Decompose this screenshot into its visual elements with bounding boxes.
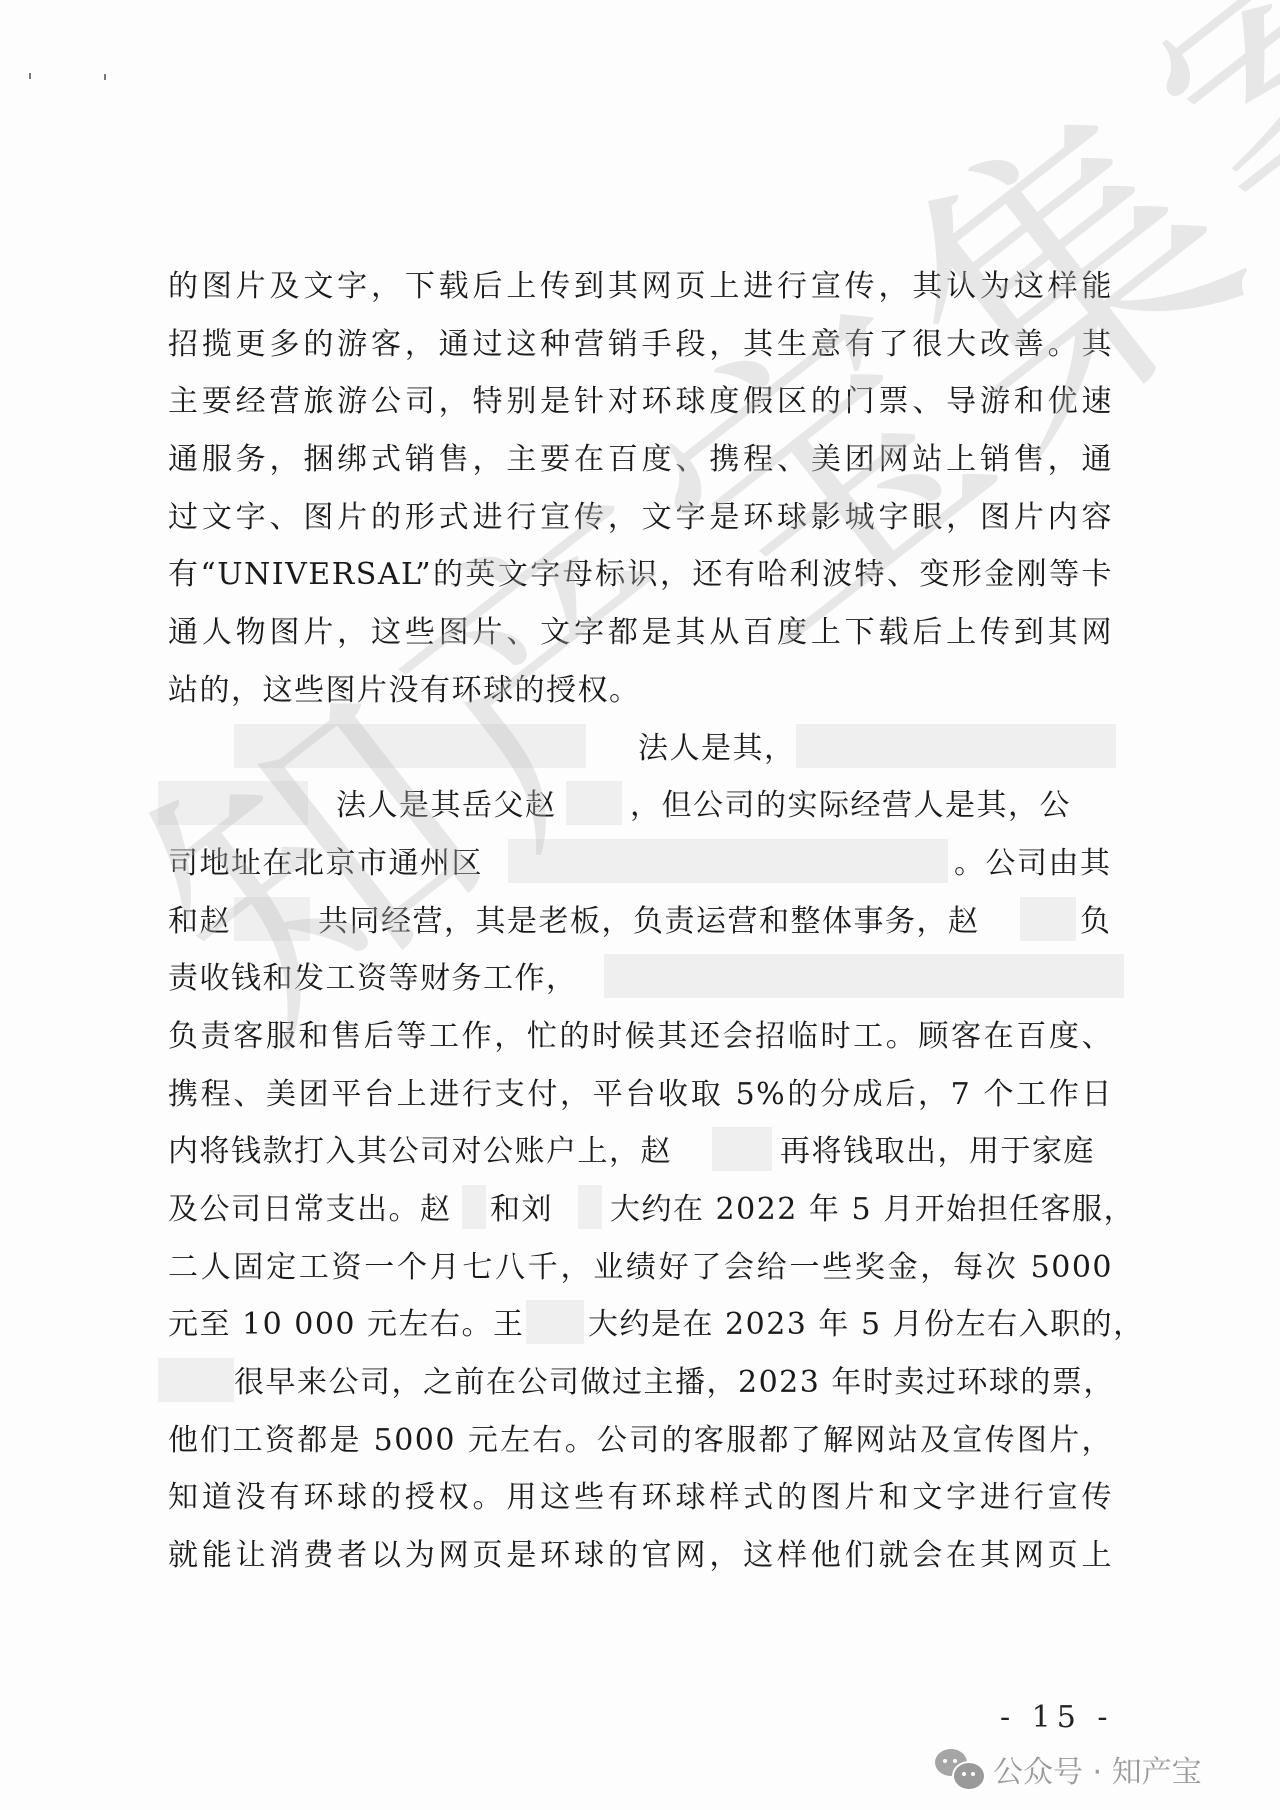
text-segment: 法人是其， <box>638 720 796 778</box>
text-line: 过文字、图片的形式进行宣传，文字是环球影城字眼，图片内容 <box>168 489 1113 547</box>
text-segment: 法人是其岳父赵 <box>336 777 557 835</box>
text-segment: 共同经营，其是老板，负责运营和整体事务，赵 <box>318 893 980 951</box>
text-line: 通人物图片，这些图片、文字都是其从百度上下载后上传到其网 <box>168 604 1113 662</box>
redaction-box <box>796 724 1116 768</box>
redaction-box <box>158 1358 234 1402</box>
page-number: - 15 - <box>1000 1700 1114 1735</box>
text-line: 有“UNIVERSAL”的英文字母标识，还有哈利波特、变形金刚等卡 <box>168 546 1113 604</box>
text-segment: 内将钱款打入其公司对公账户上，赵 <box>168 1123 672 1181</box>
text-segment: 再将钱取出，用于家庭 <box>780 1123 1095 1181</box>
text-segment: 和赵 <box>168 893 231 951</box>
wechat-account-label: 公众号 · 知产宝 <box>935 1747 1202 1791</box>
document-body: 的图片及文字，下载后上传到其网页上进行宣传，其认为这样能 招揽更多的游客，通过这… <box>168 258 1113 1585</box>
redaction-box <box>462 1185 486 1229</box>
text-line: 元至 10 000 元左右。王 大约是在 2023 年 5 月份左右入职的， <box>168 1296 1113 1354</box>
text-line: 携程、美团平台上进行支付，平台收取 5%的分成后，7 个工作日 <box>168 1066 1113 1124</box>
text-line: 及公司日常支出。赵 和刘 大约在 2022 年 5 月开始担任客服， <box>168 1181 1113 1239</box>
text-segment: 责收钱和发工资等财务工作， <box>168 950 578 1008</box>
wechat-account-name: 公众号 · 知产宝 <box>993 1747 1202 1791</box>
text-line: 责收钱和发工资等财务工作， <box>168 950 1113 1008</box>
redaction-box <box>578 1185 602 1229</box>
text-line: 负责客服和售后等工作，忙的时候其还会招临时工。顾客在百度、 <box>168 1008 1113 1066</box>
scan-mark <box>104 74 106 80</box>
text-line: 知道没有环球的授权。用这些有环球样式的图片和文字进行宣传 <box>168 1469 1113 1527</box>
text-line: 法人是其岳父赵 ，但公司的实际经营人是其，公 <box>168 777 1113 835</box>
redaction-box <box>508 839 948 883</box>
text-line: 站的，这些图片没有环球的授权。 <box>168 662 1113 720</box>
text-line: 他们工资都是 5000 元左右。公司的客服都了解网站及宣传图片， <box>168 1412 1113 1470</box>
text-line: 内将钱款打入其公司对公账户上，赵 再将钱取出，用于家庭 <box>168 1123 1113 1181</box>
text-line: 司地址在北京市通州区 。公司由其 <box>168 835 1113 893</box>
redaction-box <box>1020 897 1076 941</box>
text-segment: 元至 10 000 元左右。王 <box>168 1296 525 1354</box>
text-line: 就能让消费者以为网页是环球的官网，这样他们就会在其网页上 <box>168 1527 1113 1585</box>
wechat-icon <box>935 1749 983 1789</box>
text-segment: 负 <box>1080 893 1112 951</box>
redaction-box <box>566 781 622 825</box>
text-line: 通服务，捆绑式销售，主要在百度、携程、美团网站上销售，通 <box>168 431 1113 489</box>
text-segment: 大约在 2022 年 5 月开始担任客服， <box>610 1181 1135 1239</box>
text-line: 的图片及文字，下载后上传到其网页上进行宣传，其认为这样能 <box>168 258 1113 316</box>
document-page: 知产宝集案例 的图片及文字，下载后上传到其网页上进行宣传，其认为这样能 招揽更多… <box>0 0 1280 1810</box>
redaction-box <box>234 897 310 941</box>
text-segment: 和刘 <box>490 1181 553 1239</box>
redaction-box <box>526 1300 584 1344</box>
text-line: 主要经营旅游公司，特别是针对环球度假区的门票、导游和优速 <box>168 373 1113 431</box>
text-line: 招揽更多的游客，通过这种营销手段，其生意有了很大改善。其 <box>168 316 1113 374</box>
text-line: 很早来公司，之前在公司做过主播，2023 年时卖过环球的票， <box>168 1354 1113 1412</box>
text-line: 二人固定工资一个月七八千，业绩好了会给一些奖金，每次 5000 <box>168 1239 1113 1297</box>
text-segment: 司地址在北京市通州区 <box>168 835 483 893</box>
text-segment: 很早来公司，之前在公司做过主播，2023 年时卖过环球的票， <box>234 1354 1115 1412</box>
text-line: 和赵 共同经营，其是老板，负责运营和整体事务，赵 负 <box>168 893 1113 951</box>
text-segment: 及公司日常支出。赵 <box>168 1181 452 1239</box>
redaction-box <box>234 724 586 768</box>
redaction-box <box>604 954 1124 998</box>
text-segment: ，但公司的实际经营人是其，公 <box>630 777 1071 835</box>
text-segment: 大约是在 2023 年 5 月份左右入职的， <box>588 1296 1145 1354</box>
redaction-box <box>158 781 308 825</box>
text-line: 法人是其， <box>168 720 1113 778</box>
scan-mark <box>29 73 31 79</box>
redaction-box <box>712 1127 772 1171</box>
text-segment: 。公司由其 <box>954 835 1112 893</box>
